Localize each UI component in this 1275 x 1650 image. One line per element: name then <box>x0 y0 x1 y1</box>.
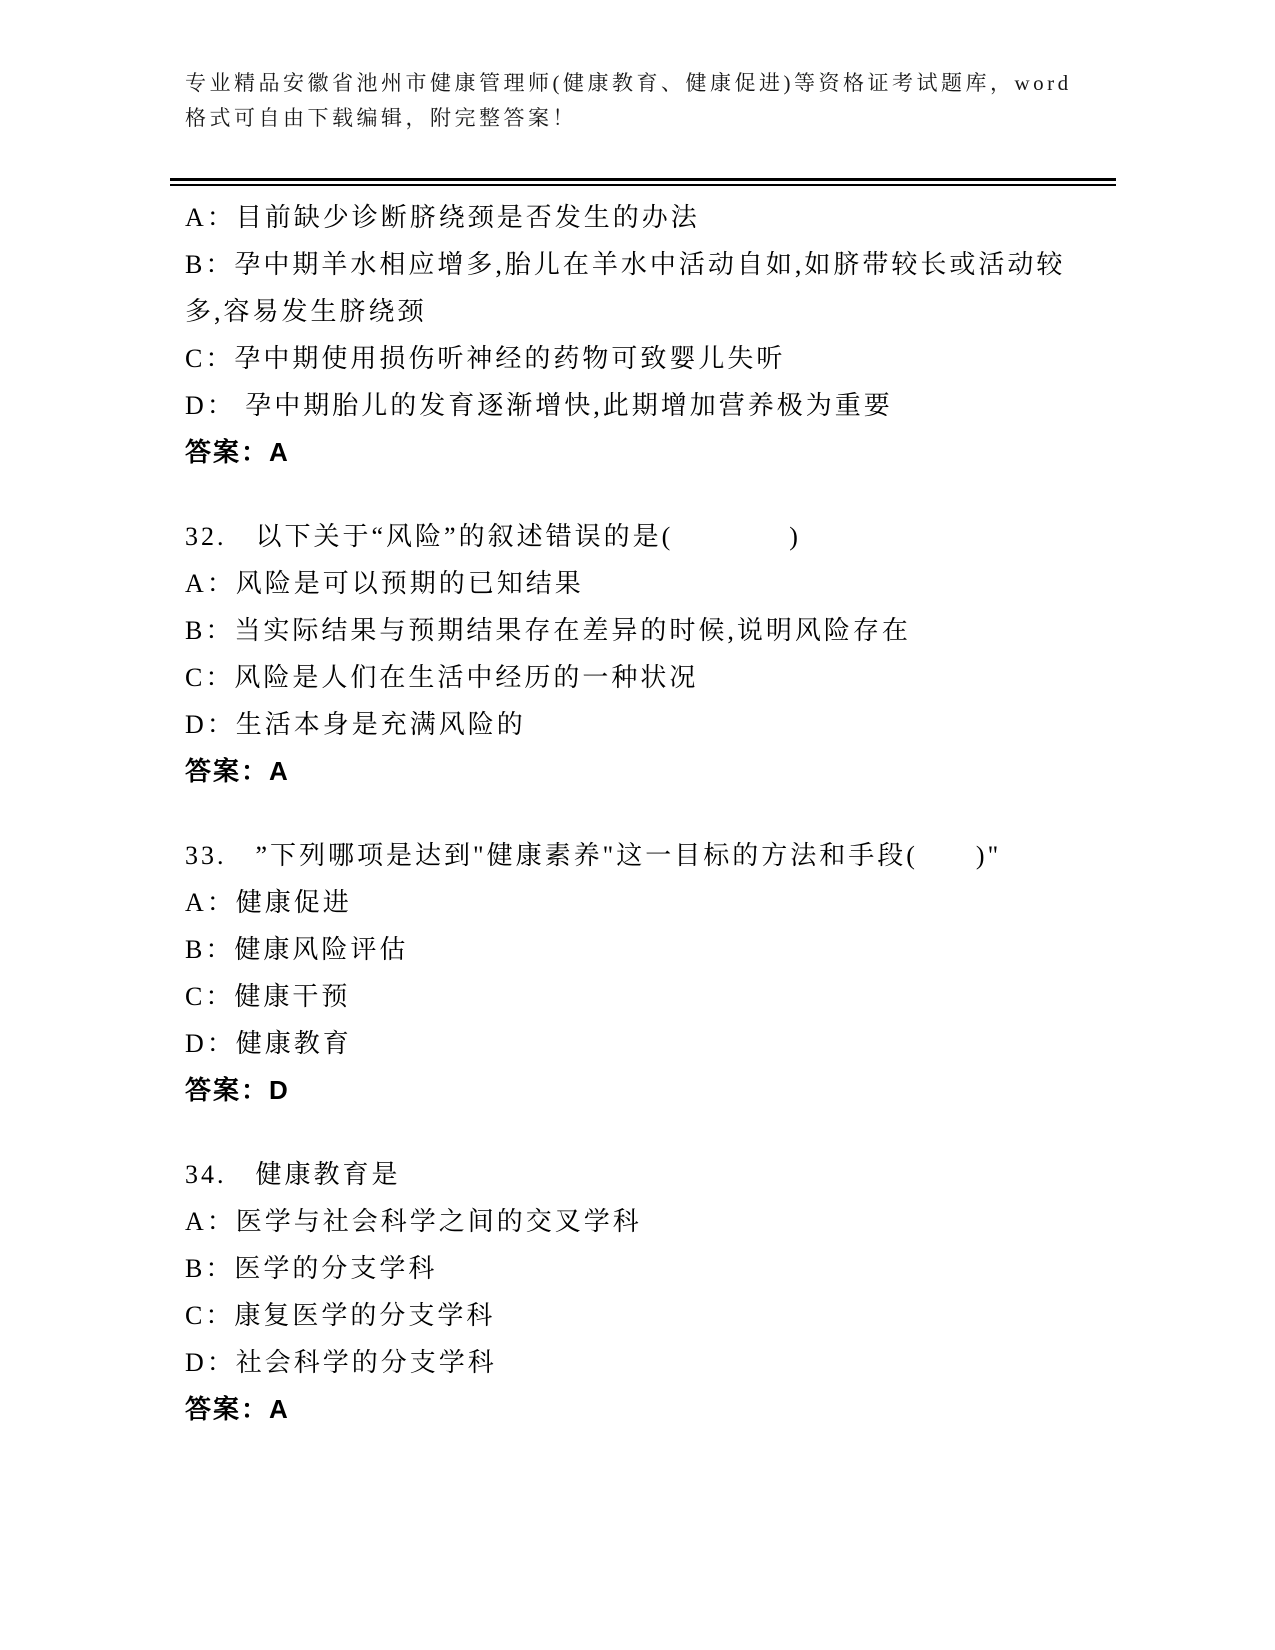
page: 专业精品安徽省池州市健康管理师(健康教育、健康促进)等资格证考试题库，word … <box>0 0 1275 1650</box>
answer-line: 答案：A <box>185 748 1081 795</box>
option-line-d: D：生活本身是充满风险的 <box>185 701 1081 748</box>
document-content: 专业精品安徽省池州市健康管理师(健康教育、健康促进)等资格证考试题库，word … <box>185 66 1095 1433</box>
option-line-d: D：健康教育 <box>185 1020 1081 1067</box>
option-line-d: D： 孕中期胎儿的发育逐渐增快,此期增加营养极为重要 <box>185 382 1081 429</box>
option-line-b: B：健康风险评估 <box>185 926 1081 973</box>
option-line-c: C：健康干预 <box>185 973 1081 1020</box>
option-line-c: C：孕中期使用损伤听神经的药物可致婴儿失听 <box>185 335 1081 382</box>
option-line-b: B：医学的分支学科 <box>185 1245 1081 1292</box>
answer-line: 答案：D <box>185 1067 1081 1114</box>
option-line-a: A：医学与社会科学之间的交叉学科 <box>185 1198 1081 1245</box>
option-line-a: A：目前缺少诊断脐绕颈是否发生的办法 <box>185 194 1081 241</box>
question-block-31: A：目前缺少诊断脐绕颈是否发生的办法 B：孕中期羊水相应增多,胎儿在羊水中活动自… <box>185 194 1081 476</box>
option-line-c: C：风险是人们在生活中经历的一种状况 <box>185 654 1081 701</box>
question-block-32: 32. 以下关于“风险”的叙述错误的是( ) A：风险是可以预期的已知结果 B：… <box>185 513 1081 795</box>
header-rule <box>170 178 1116 186</box>
option-line-c: C：康复医学的分支学科 <box>185 1292 1081 1339</box>
question-block-33: 33. ”下列哪项是达到"健康素养"这一目标的方法和手段( )" A：健康促进 … <box>185 832 1081 1114</box>
option-line-b: B：孕中期羊水相应增多,胎儿在羊水中活动自如,如脐带较长或活动较多,容易发生脐绕… <box>185 241 1081 335</box>
question-stem: 32. 以下关于“风险”的叙述错误的是( ) <box>185 513 1081 560</box>
option-line-a: A：风险是可以预期的已知结果 <box>185 560 1081 607</box>
option-line-d: D：社会科学的分支学科 <box>185 1339 1081 1386</box>
question-block-34: 34. 健康教育是 A：医学与社会科学之间的交叉学科 B：医学的分支学科 C：康… <box>185 1151 1081 1433</box>
answer-line: 答案：A <box>185 429 1081 476</box>
option-line-a: A：健康促进 <box>185 879 1081 926</box>
answer-line: 答案：A <box>185 1386 1081 1433</box>
document-header: 专业精品安徽省池州市健康管理师(健康教育、健康促进)等资格证考试题库，word … <box>185 66 1095 136</box>
header-line-1: 专业精品安徽省池州市健康管理师(健康教育、健康促进)等资格证考试题库，word <box>185 66 1095 101</box>
question-stem: 34. 健康教育是 <box>185 1151 1081 1198</box>
option-line-b: B：当实际结果与预期结果存在差异的时候,说明风险存在 <box>185 607 1081 654</box>
question-stem: 33. ”下列哪项是达到"健康素养"这一目标的方法和手段( )" <box>185 832 1081 879</box>
header-line-2: 格式可自由下载编辑，附完整答案！ <box>185 101 1095 136</box>
